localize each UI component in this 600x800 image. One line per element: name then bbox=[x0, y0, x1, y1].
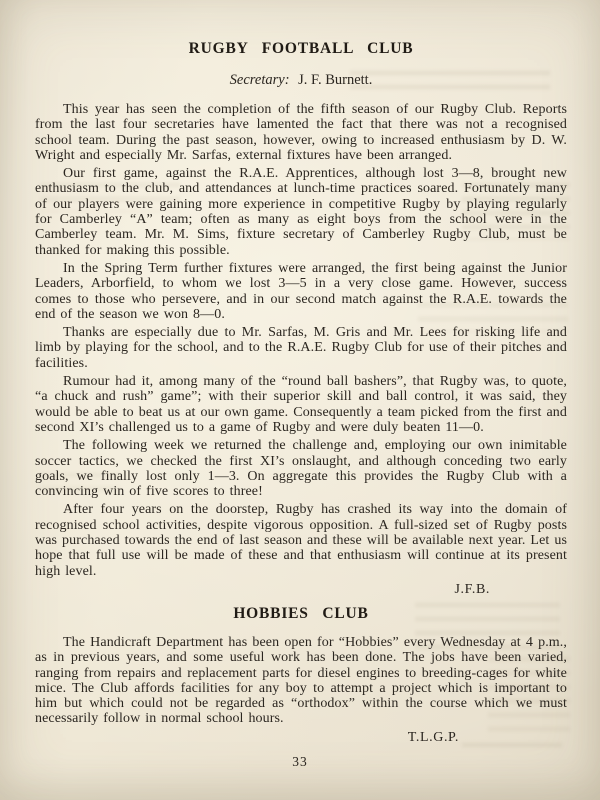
rugby-paragraph-7: After four years on the doorstep, Rugby … bbox=[35, 502, 567, 578]
page-number: 33 bbox=[0, 754, 600, 770]
rugby-paragraph-4: Thanks are especially due to Mr. Sarfas,… bbox=[35, 325, 567, 371]
rugby-paragraph-5: Rumour had it, among many of the “round … bbox=[35, 374, 567, 435]
hobbies-signature: T.L.G.P. bbox=[35, 730, 567, 746]
secretary-label: Secretary: bbox=[230, 72, 290, 88]
rugby-paragraph-6: The following week we returned the chall… bbox=[35, 438, 567, 499]
rugby-paragraph-3: In the Spring Term further fixtures were… bbox=[35, 261, 567, 322]
scanned-magazine-page: RUGBY FOOTBALL CLUB Secretary: J. F. Bur… bbox=[0, 0, 600, 800]
rugby-club-title: RUGBY FOOTBALL CLUB bbox=[35, 40, 567, 58]
hobbies-paragraph-1: The Handicraft Department has been open … bbox=[35, 635, 567, 727]
secretary-line: Secretary: J. F. Burnett. bbox=[35, 72, 567, 89]
secretary-name: J. F. Burnett. bbox=[298, 72, 372, 88]
rugby-paragraph-1: This year has seen the completion of the… bbox=[35, 102, 567, 163]
rugby-signature: J.F.B. bbox=[35, 582, 567, 598]
hobbies-club-title: HOBBIES CLUB bbox=[35, 605, 567, 623]
rugby-paragraph-2: Our first game, against the R.A.E. Appre… bbox=[35, 166, 567, 258]
page-content: RUGBY FOOTBALL CLUB Secretary: J. F. Bur… bbox=[35, 40, 567, 748]
